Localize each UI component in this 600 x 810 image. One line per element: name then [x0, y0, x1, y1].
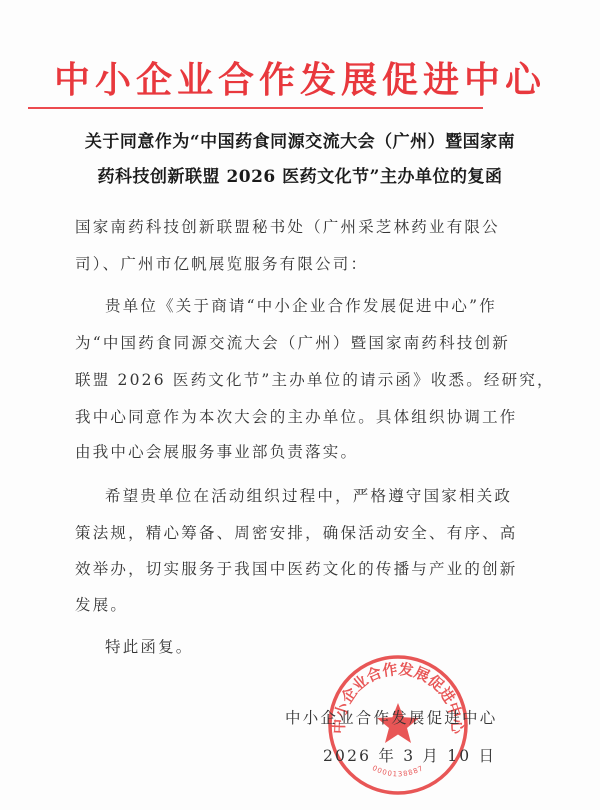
paragraph-1-line-5: 由我中心会展服务事业部负责落实。: [75, 440, 358, 462]
closing-line: 特此函复。: [105, 635, 194, 657]
subject-line-2: 药科技创新联盟 2026 医药文化节”主办单位的复函: [0, 162, 600, 187]
letterhead-rule: [28, 107, 483, 109]
paragraph-2-line-2: 策法规，精心筹备、周密安排，确保活动安全、有序、高: [75, 521, 518, 543]
subject-line-1: 关于同意作为“中国药食同源交流大会（广州）暨国家南: [0, 127, 600, 152]
recipient-line-1: 国家南药科技创新联盟秘书处（广州采芝林药业有限公: [75, 215, 500, 237]
letterhead-title: 中小企业合作发展促进中心: [0, 52, 600, 103]
paragraph-2-line-1: 希望贵单位在活动组织过程中，严格遵守国家相关政: [105, 484, 512, 506]
paragraph-1-line-3: 联盟 2026 医药文化节”主办单位的请示函》收悉。经研究，: [75, 368, 555, 390]
paragraph-2-line-4: 发展。: [75, 593, 128, 615]
recipient-line-2: 司）、广州市亿帆展览服务有限公司：: [75, 252, 368, 274]
signature-org: 中小企业合作发展促进中心: [285, 706, 497, 728]
paragraph-1-line-4: 我中心同意作为本次大会的主办单位。具体组织协调工作: [75, 405, 518, 427]
svg-text:0000138887: 0000138887: [371, 764, 425, 778]
paragraph-2-line-3: 效举办，切实服务于我国中医药文化的传播与产业的创新: [75, 557, 518, 579]
signature-date: 2026 年 3 月 10 日: [323, 744, 496, 766]
paragraph-1-line-1: 贵单位《关于商请“中小企业合作发展促进中心”作: [105, 294, 497, 316]
paragraph-1-line-2: 为“中国药食同源交流大会（广州）暨国家南药科技创新: [75, 331, 510, 353]
